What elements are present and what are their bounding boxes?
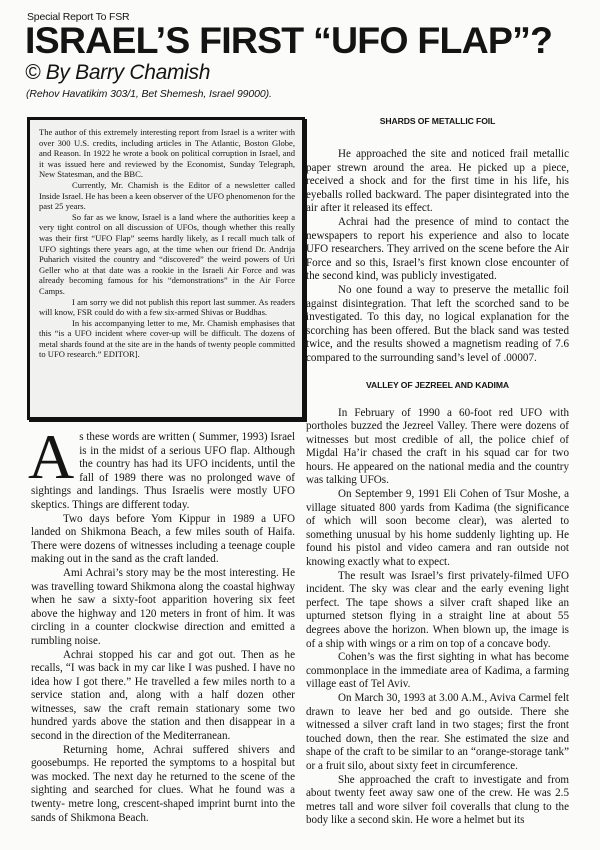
drop-cap: A — [28, 433, 74, 477]
author-address: (Rehov Havatikim 303/1, Bet Shemesh, Isr… — [26, 88, 272, 100]
body-paragraph: The result was Israel’s first privately-… — [306, 570, 569, 652]
editor-note-paragraph: So far as we know, Israel is a land wher… — [39, 212, 295, 297]
left-column: As these words are written ( Summer, 199… — [31, 431, 295, 825]
body-paragraph: Achrai stopped his car and got out. Then… — [31, 649, 295, 744]
body-paragraph: On September 9, 1991 Eli Cohen of Tsur M… — [306, 488, 569, 570]
body-paragraph: He approached the site and noticed frail… — [306, 148, 569, 216]
byline: © By Barry Chamish — [25, 62, 210, 84]
right-column: He approached the site and noticed frail… — [306, 148, 569, 828]
body-paragraph: She approached the craft to investigate … — [306, 774, 569, 828]
body-paragraph: Ami Achrai’s story may be the most inter… — [31, 567, 295, 649]
body-paragraph: Returning home, Achrai suffered shivers … — [31, 744, 295, 826]
body-paragraph: As these words are written ( Summer, 199… — [31, 431, 295, 513]
editor-note-paragraph: Currently, Mr. Chamish is the Editor of … — [39, 180, 295, 212]
editor-note-paragraph: I am sorry we did not publish this repor… — [39, 297, 295, 318]
body-paragraph: Cohen’s was the first sighting in what h… — [306, 651, 569, 692]
editor-note-paragraph: The author of this extremely interesting… — [39, 127, 295, 180]
body-paragraph: No one found a way to preserve the metal… — [306, 284, 569, 366]
body-paragraph: Achrai had the presence of mind to conta… — [306, 216, 569, 284]
section-heading-valley: VALLEY OF JEZREEL AND KADIMA — [306, 380, 569, 390]
body-paragraph: Two days before Yom Kippur in 1989 a UFO… — [31, 513, 295, 567]
article-title: ISRAEL’S FIRST “UFO FLAP”? — [25, 20, 552, 60]
body-paragraph: In February of 1990 a 60-foot red UFO wi… — [306, 407, 569, 489]
section-heading-shards: SHARDS OF METALLIC FOIL — [306, 116, 569, 126]
editor-note-box: The author of this extremely interesting… — [27, 117, 305, 420]
body-paragraph: On March 30, 1993 at 3.00 A.M., Aviva Ca… — [306, 692, 569, 774]
editor-note-paragraph: In his accompanying letter to me, Mr. Ch… — [39, 318, 295, 360]
